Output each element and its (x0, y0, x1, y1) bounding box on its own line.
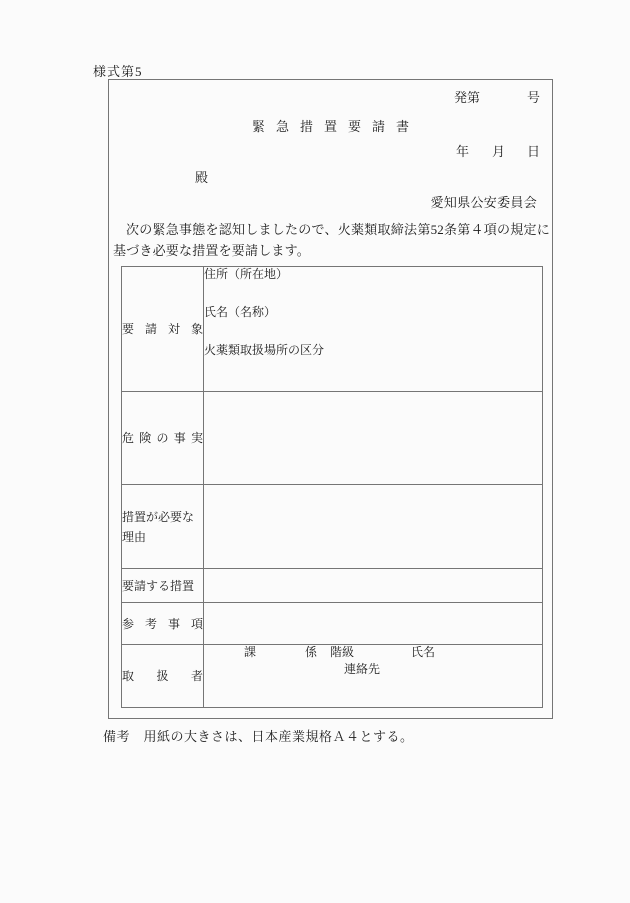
field-address-label: 住所（所在地） (204, 267, 542, 281)
form-table: 要請対象 住所（所在地） 氏名（名称） 火薬類取扱場所の区分 危険の事実 措置が… (121, 266, 543, 708)
remark-note: 備考 用紙の大きさは、日本産業規格Ａ４とする。 (103, 726, 414, 745)
issue-number-line: 発第号 (454, 87, 540, 106)
addressee-honorific: 殿 (195, 167, 208, 186)
table-row-reason: 措置が必要な 理由 (122, 485, 543, 569)
table-row-reference: 参考事項 (122, 603, 543, 645)
document-title: 緊急措置要請書 (109, 116, 552, 135)
reference-cell (204, 603, 543, 645)
handler-line-2: 連絡先 (204, 662, 542, 679)
handler-line-1: 課 係 階級 氏名 (204, 645, 542, 662)
issue-number-suffix: 号 (527, 90, 540, 105)
table-row-danger-facts: 危険の事実 (122, 392, 543, 485)
date-day-label: 日 (527, 144, 540, 159)
date-line: 年月日 (456, 141, 540, 160)
row-label-handler: 取扱者 (122, 645, 204, 708)
body-paragraph: 次の緊急事態を認知しましたので、火薬類取締法第52条第４項の規定に基づき必要な措… (113, 219, 550, 261)
handler-rank-label: 階級 (330, 645, 354, 659)
issue-number-prefix: 発第 (454, 90, 480, 105)
field-name-label: 氏名（名称） (204, 305, 542, 319)
row-label-reason: 措置が必要な 理由 (122, 485, 204, 569)
table-row-requested-measures: 要請する措置 (122, 569, 543, 603)
danger-facts-cell (204, 392, 543, 485)
request-target-cell: 住所（所在地） 氏名（名称） 火薬類取扱場所の区分 (204, 267, 543, 392)
row-label-reference: 参考事項 (122, 603, 204, 645)
table-row-request-target: 要請対象 住所（所在地） 氏名（名称） 火薬類取扱場所の区分 (122, 267, 543, 392)
requested-measures-cell (204, 569, 543, 603)
row-label-requested-measures: 要請する措置 (122, 569, 204, 603)
date-year-label: 年 (456, 144, 469, 159)
form-number-label: 様式第5 (93, 61, 143, 80)
field-place-category-label: 火薬類取扱場所の区分 (204, 343, 542, 357)
issuer-name: 愛知県公安委員会 (431, 192, 537, 211)
form-border-box: 発第号 緊急措置要請書 年月日 殿 愛知県公安委員会 次の緊急事態を認知しました… (108, 79, 553, 719)
row-label-request-target: 要請対象 (122, 267, 204, 392)
handler-cell: 課 係 階級 氏名 連絡先 (204, 645, 543, 708)
handler-contact-label: 連絡先 (344, 662, 380, 676)
row-label-danger-facts: 危険の事実 (122, 392, 204, 485)
reason-cell (204, 485, 543, 569)
handler-section-label: 課 (244, 645, 256, 659)
handler-name-label: 氏名 (411, 645, 435, 659)
handler-unit-label: 係 (305, 645, 317, 659)
table-row-handler: 取扱者 課 係 階級 氏名 連絡先 (122, 645, 543, 708)
date-month-label: 月 (492, 144, 505, 159)
